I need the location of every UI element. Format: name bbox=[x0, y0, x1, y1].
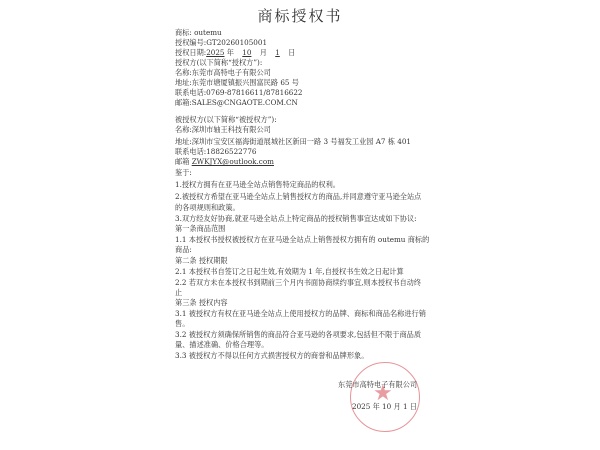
auth-no-value: GT20260105001 bbox=[206, 38, 267, 47]
licensor-heading: 授权方(以下简称“授权方”): bbox=[175, 58, 262, 67]
body-line: 止 bbox=[175, 288, 182, 297]
body-line: 3.双方经友好协商,就亚马逊全站点上特定商品的授权销售事宜达成如下协议: bbox=[175, 214, 417, 223]
auth-date-label: 授权日期: bbox=[175, 48, 206, 57]
licensor-email: 邮箱:SALES@CNGAOTE.COM.CN bbox=[175, 98, 298, 107]
day-unit: 日 bbox=[288, 48, 295, 57]
body-line: 2.2 若双方未在本授权书到期前三个月内书面协商续约事宜,则本授权书自动终 bbox=[175, 278, 421, 287]
body-line: 2.1 本授权书自签订之日起生效,有效期为 1 年,自授权书生效之日起计算 bbox=[175, 267, 404, 276]
licensee-address: 地址:深圳市宝安区福海街道展城社区新田一路 3 号福发工业园 A7 栋 401 bbox=[175, 137, 411, 146]
body-line: 1.授权方拥有在亚马逊全站点销售特定商品的权利。 bbox=[175, 180, 340, 189]
year-unit: 年 bbox=[227, 48, 234, 57]
section-heading: 第一条商品范围 bbox=[175, 224, 225, 233]
month-unit: 月 bbox=[260, 48, 267, 57]
licensor-phone: 联系电话:0769-87816611/87816622 bbox=[175, 88, 302, 97]
auth-no-label: 授权编号: bbox=[175, 38, 206, 47]
body-line: 3.2 被授权方须确保所销售的商品符合亚马逊的各项要求,包括但不限于商品质 bbox=[175, 330, 421, 339]
auth-date-month: 10 bbox=[236, 48, 257, 57]
body-line: 鉴于: bbox=[175, 168, 192, 177]
licensee-email-line: 邮箱 ZWKJYX@outlook.com bbox=[175, 157, 274, 166]
body-line: 1.1 本授权书授权被授权方在亚马逊全站点上销售授权方拥有的 outemu 商标… bbox=[175, 235, 429, 244]
licensee-email-label: 邮箱 bbox=[175, 157, 189, 166]
trademark-line: 商标: outemu bbox=[175, 28, 222, 37]
body-line: 的各项规则和政策。 bbox=[175, 203, 240, 212]
licensor-address: 地址:东莞市塘厦镇振兴围富民路 65 号 bbox=[175, 78, 299, 87]
document-page: 商标授权书 商标: outemu 授权编号:GT20260105001 授权日期… bbox=[0, 0, 600, 450]
body-line: 2.被授权方希望在亚马逊全站点上销售授权方的商品,并同意遵守亚马逊全站点 bbox=[175, 192, 421, 201]
auth-no-line: 授权编号:GT20260105001 bbox=[175, 38, 267, 47]
section-heading: 第三条 授权内容 bbox=[175, 298, 228, 307]
licensee-heading: 被授权方(以下简称“被授权方”): bbox=[175, 115, 277, 124]
company-seal: ★ bbox=[350, 362, 420, 432]
signature-company: 东莞市高特电子有限公司 bbox=[338, 380, 417, 390]
auth-date-line: 授权日期:2025 年 10 月 1 日 bbox=[175, 48, 295, 57]
body-line: 3.1 被授权方有权在亚马逊全站点上使用授权方的品牌、商标和商品名称进行销 bbox=[175, 309, 426, 318]
body-line: 商品: bbox=[175, 245, 192, 254]
trademark-value: outemu bbox=[194, 28, 222, 37]
auth-date-year: 2025 bbox=[206, 48, 224, 57]
signature-date: 2025 年 10 月 1 日 bbox=[352, 402, 417, 412]
section-heading: 第二条 授权期限 bbox=[175, 256, 228, 265]
auth-date-day: 1 bbox=[269, 48, 286, 57]
trademark-label: 商标: bbox=[175, 28, 192, 37]
licensee-email-value: ZWKJYX@outlook.com bbox=[192, 157, 274, 166]
body-line: 量、描述准确、价格合理等。 bbox=[175, 340, 268, 349]
document-title: 商标授权书 bbox=[0, 5, 600, 26]
body-line: 3.3 被授权方不得以任何方式损害授权方的商誉和品牌形象。 bbox=[175, 351, 368, 360]
licensee-phone: 联系电话:18826522776 bbox=[175, 147, 256, 156]
body-line: 售。 bbox=[175, 319, 189, 328]
licensor-name: 名称:东莞市高特电子有限公司 bbox=[175, 68, 271, 77]
licensee-name: 名称:深圳市轴王科技有限公司 bbox=[175, 125, 271, 134]
